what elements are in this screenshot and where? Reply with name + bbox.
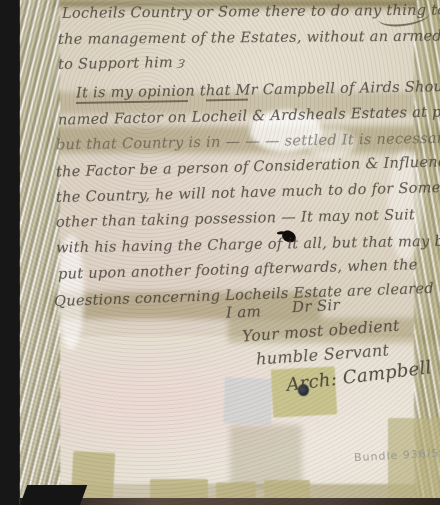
letter-page: Locheils Country or Some there to do any… [20, 0, 440, 505]
letter-line-2: the management of the Estates, without a… [58, 28, 440, 48]
manuscript-photo: Locheils Country or Some there to do any… [0, 0, 440, 505]
foil-left-edge [20, 0, 60, 505]
gray-paper-patch [223, 377, 273, 425]
bottom-left-corner [20, 485, 87, 505]
closing-salutation: Dr Sir [292, 296, 341, 316]
bottom-edge-shadow [20, 498, 440, 505]
stain-bottom-center [230, 425, 302, 487]
closing-i-am: I am [226, 302, 262, 321]
letter-line-3: to Support him [58, 55, 173, 73]
tape-bottom-3 [264, 480, 310, 500]
